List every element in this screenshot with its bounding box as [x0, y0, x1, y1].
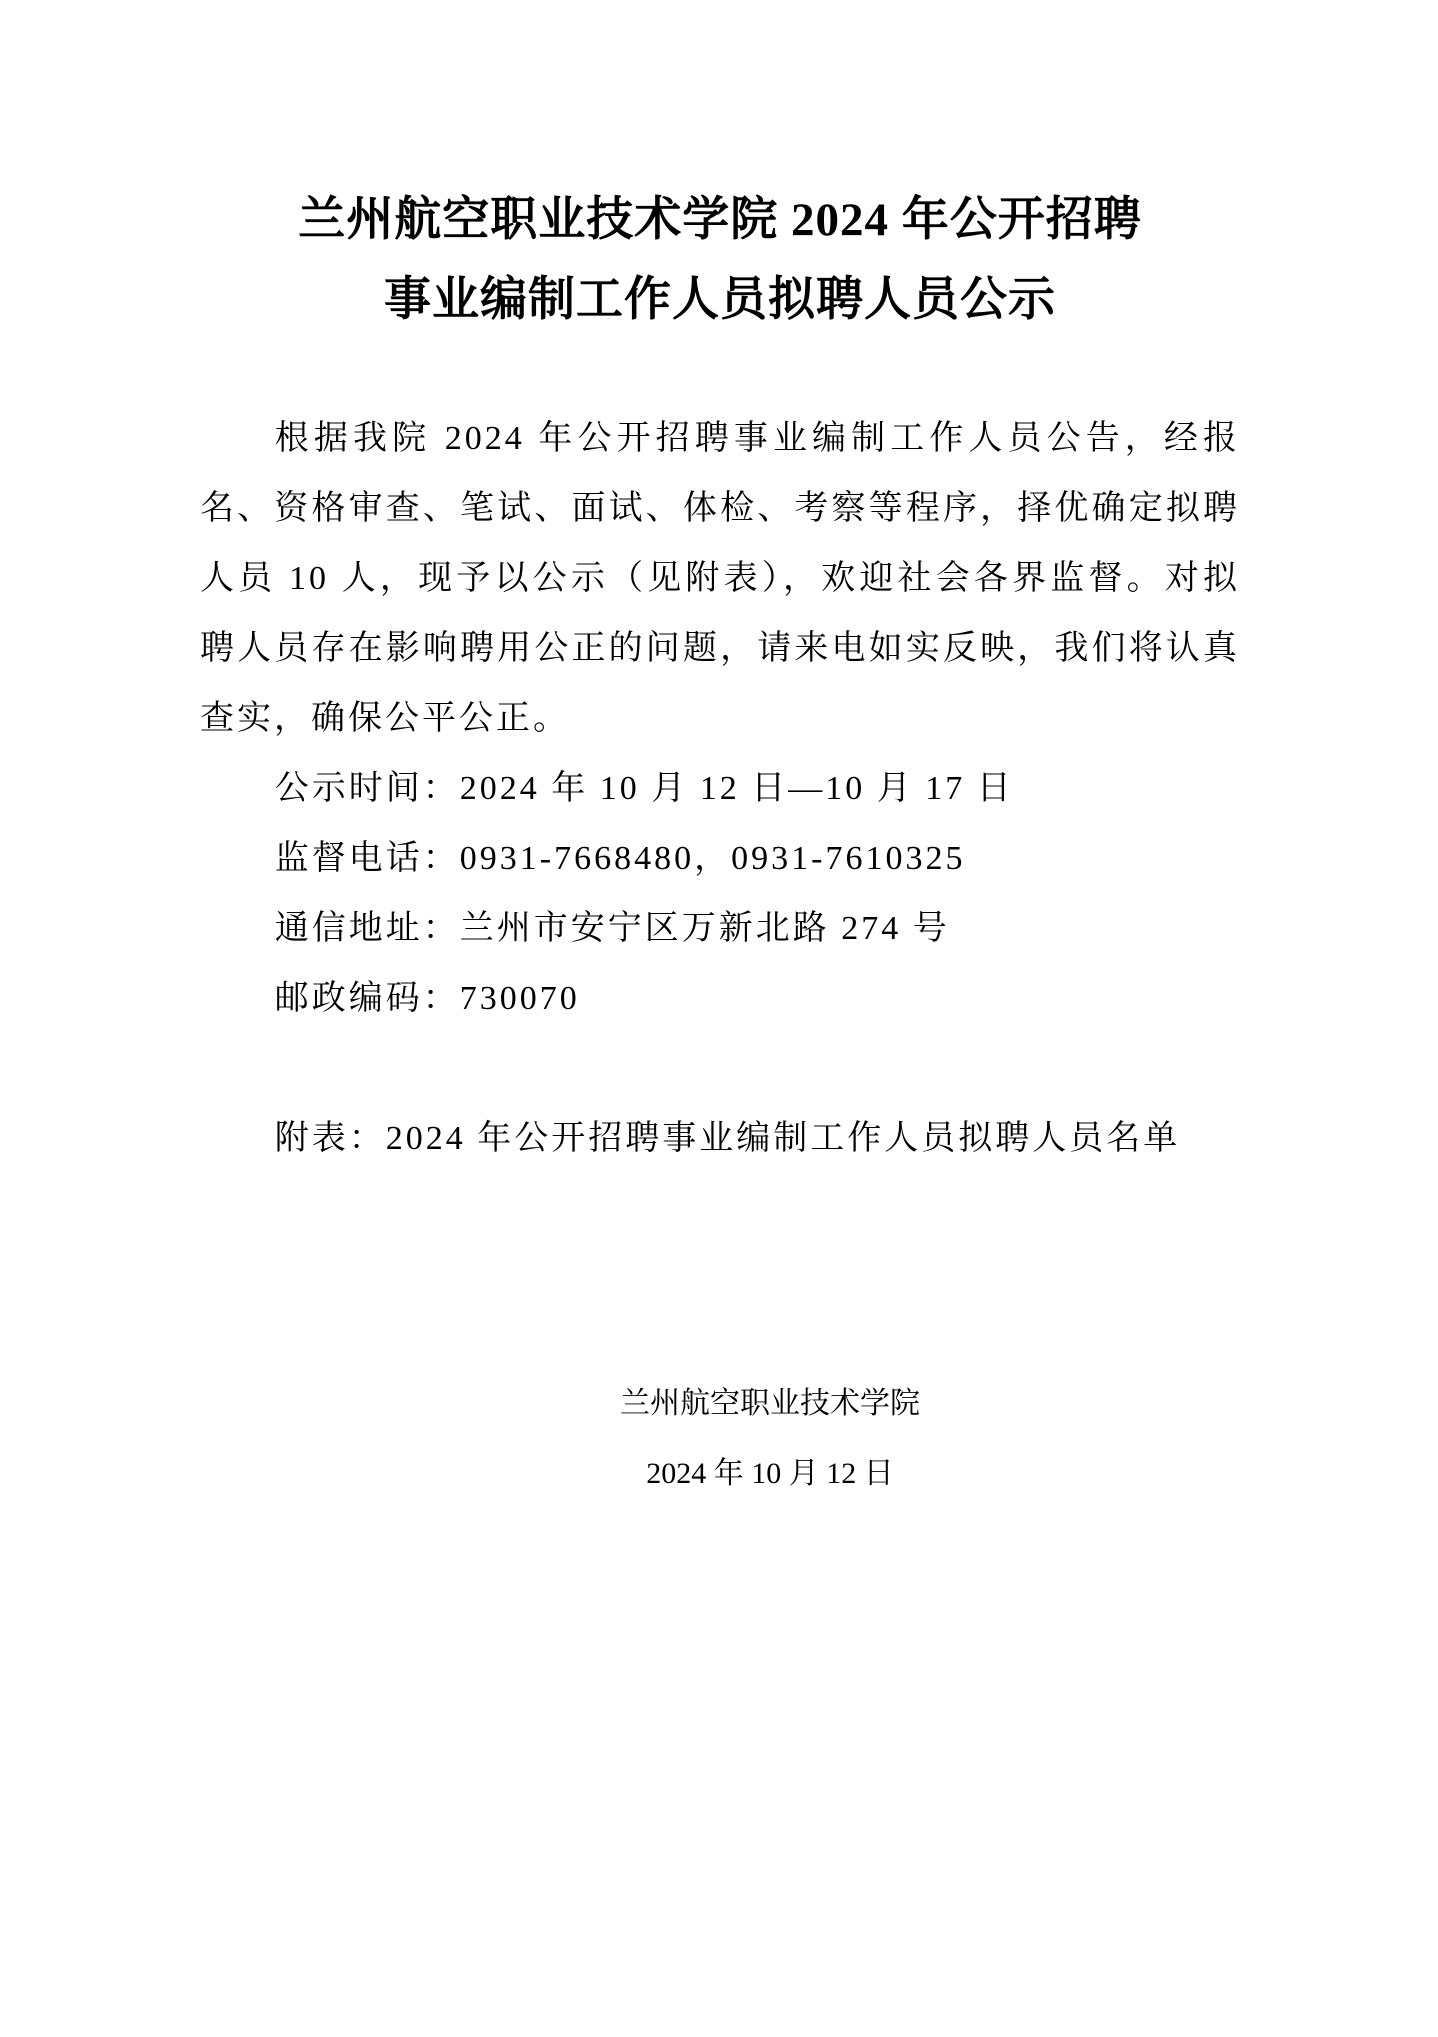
title-line-1: 兰州航空职业技术学院 2024 年公开招聘: [200, 180, 1240, 260]
signature-block: 兰州航空职业技术学院 2024 年 10 月 12 日: [620, 1369, 920, 1509]
title-line-2: 事业编制工作人员拟聘人员公示: [200, 260, 1240, 340]
document-title: 兰州航空职业技术学院 2024 年公开招聘 事业编制工作人员拟聘人员公示: [200, 180, 1240, 340]
body-paragraph: 根据我院 2024 年公开招聘事业编制工作人员公告，经报名、资格审查、笔试、面试…: [200, 404, 1240, 754]
publicity-period-line: 公示时间：2024 年 10 月 12 日—10 月 17 日: [200, 754, 1240, 824]
document-page: 兰州航空职业技术学院 2024 年公开招聘 事业编制工作人员拟聘人员公示 根据我…: [0, 0, 1438, 2037]
supervision-phone-line: 监督电话：0931-7668480，0931-7610325: [200, 824, 1240, 894]
postal-code-line: 邮政编码：730070: [200, 964, 1240, 1034]
signature-organization: 兰州航空职业技术学院: [620, 1369, 920, 1439]
attachment-note: 附表：2024 年公开招聘事业编制工作人员拟聘人员名单: [200, 1104, 1240, 1174]
signature-date: 2024 年 10 月 12 日: [620, 1439, 920, 1509]
mailing-address-line: 通信地址：兰州市安宁区万新北路 274 号: [200, 894, 1240, 964]
